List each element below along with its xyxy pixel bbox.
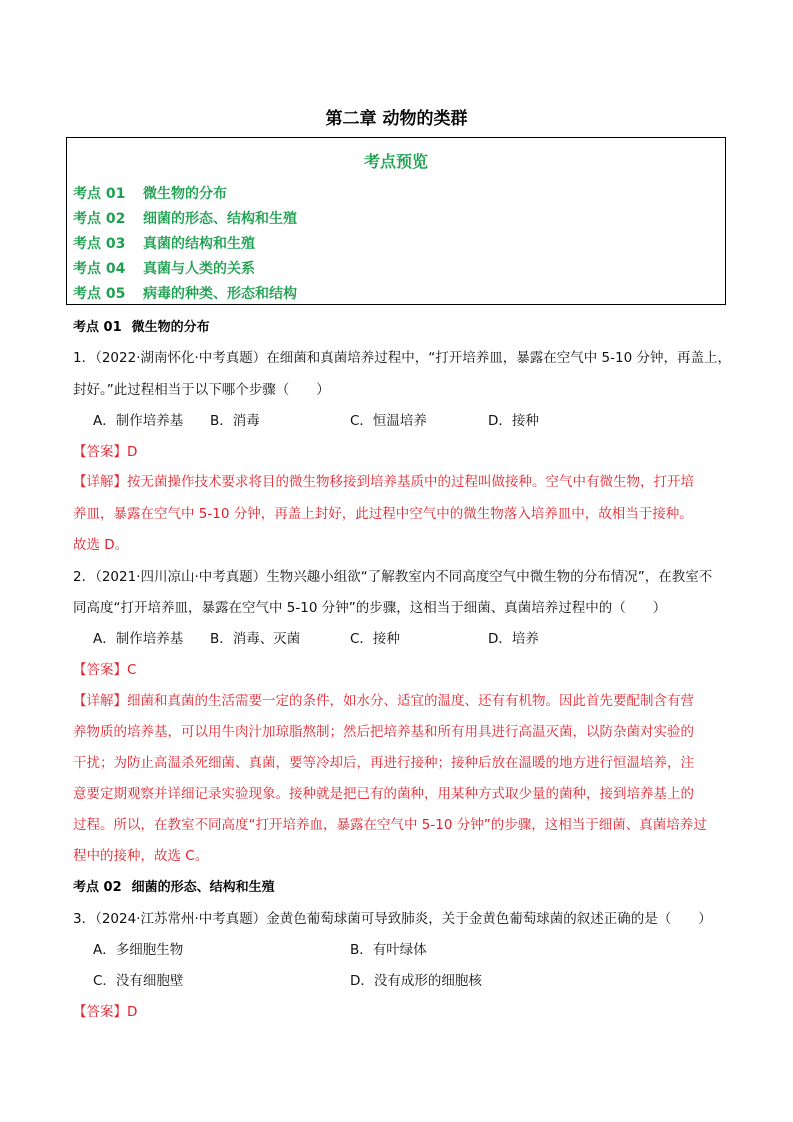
question-text: 1．（2022·湖南怀化·中考真题）在细菌和真菌培养过程中，“打开培养皿，暴露在…	[73, 346, 731, 366]
option: C．接种	[350, 627, 400, 647]
detail-text: 故选 D。	[73, 533, 128, 553]
option: B．消毒	[210, 409, 260, 429]
section-heading: 考点 02细菌的形态、结构和生殖	[73, 876, 275, 895]
answer: 【答案】D	[73, 1000, 137, 1020]
option: D．没有成形的细胞核	[350, 969, 482, 989]
overview-item: 考点 01微生物的分布	[73, 183, 227, 203]
overview-heading: 考点预览	[67, 149, 725, 172]
option: A．制作培养基	[93, 627, 183, 647]
detail-text: 养物质的培养基，可以用牛肉汁加琼脂熬制；然后把培养基和所有用具进行高温灭菌，以防…	[73, 720, 694, 740]
detail-text: 【详解】细菌和真菌的生活需要一定的条件，如水分、适宜的温度、还有有机物。因此首先…	[73, 689, 694, 709]
option: B．消毒、灭菌	[210, 627, 300, 647]
answer: 【答案】C	[73, 658, 136, 678]
option: C．没有细胞壁	[93, 969, 183, 989]
overview-box: 考点预览 考点 01微生物的分布 考点 02细菌的形态、结构和生殖 考点 03真…	[66, 137, 726, 305]
question-text: 2．（2021·四川凉山·中考真题）生物兴趣小组欲“了解教室内不同高度空气中微生…	[73, 565, 712, 585]
question-text: 3．（2024·江苏常州·中考真题）金黄色葡萄球菌可导致肺炎，关于金黄色葡萄球菌…	[73, 907, 712, 927]
option: C．恒温培养	[350, 409, 427, 429]
overview-item: 考点 03真菌的结构和生殖	[73, 233, 255, 253]
overview-item: 考点 02细菌的形态、结构和生殖	[73, 208, 297, 228]
page-title: 第二章 动物的类群	[0, 104, 793, 129]
detail-text: 养皿，暴露在空气中 5-10 分钟，再盖上封好，此过程中空气中的微生物落入培养皿…	[73, 502, 693, 522]
detail-text: 意要定期观察并详细记录实验现象。接种就是把已有的菌种，用某种方式取少量的菌种，接…	[73, 782, 694, 802]
option: A．多细胞生物	[93, 938, 183, 958]
question-text: 同高度“打开培养皿，暴露在空气中 5-10 分钟”的步骤，这相当于细菌、真菌培养…	[73, 596, 666, 616]
overview-item: 考点 04真菌与人类的关系	[73, 258, 255, 278]
option: D．接种	[488, 409, 539, 429]
overview-item: 考点 05病毒的种类、形态和结构	[73, 283, 297, 303]
answer: 【答案】D	[73, 440, 137, 460]
section-heading: 考点 01微生物的分布	[73, 316, 210, 335]
detail-text: 干扰；为防止高温杀死细菌、真菌，要等冷却后，再进行接种；接种后放在温暖的地方进行…	[73, 751, 694, 771]
detail-text: 过程。所以，在教室不同高度“打开培养血，暴露在空气中 5-10 分钟”的步骤，这…	[73, 813, 707, 833]
option: A．制作培养基	[93, 409, 183, 429]
option: D．培养	[488, 627, 539, 647]
option: B．有叶绿体	[350, 938, 427, 958]
question-text: 封好。”此过程相当于以下哪个步骤（ ）	[73, 378, 330, 398]
detail-text: 程中的接种，故选 C。	[73, 844, 208, 864]
detail-text: 【详解】按无菌操作技术要求将目的微生物移接到培养基质中的过程叫做接种。空气中有微…	[73, 470, 694, 490]
